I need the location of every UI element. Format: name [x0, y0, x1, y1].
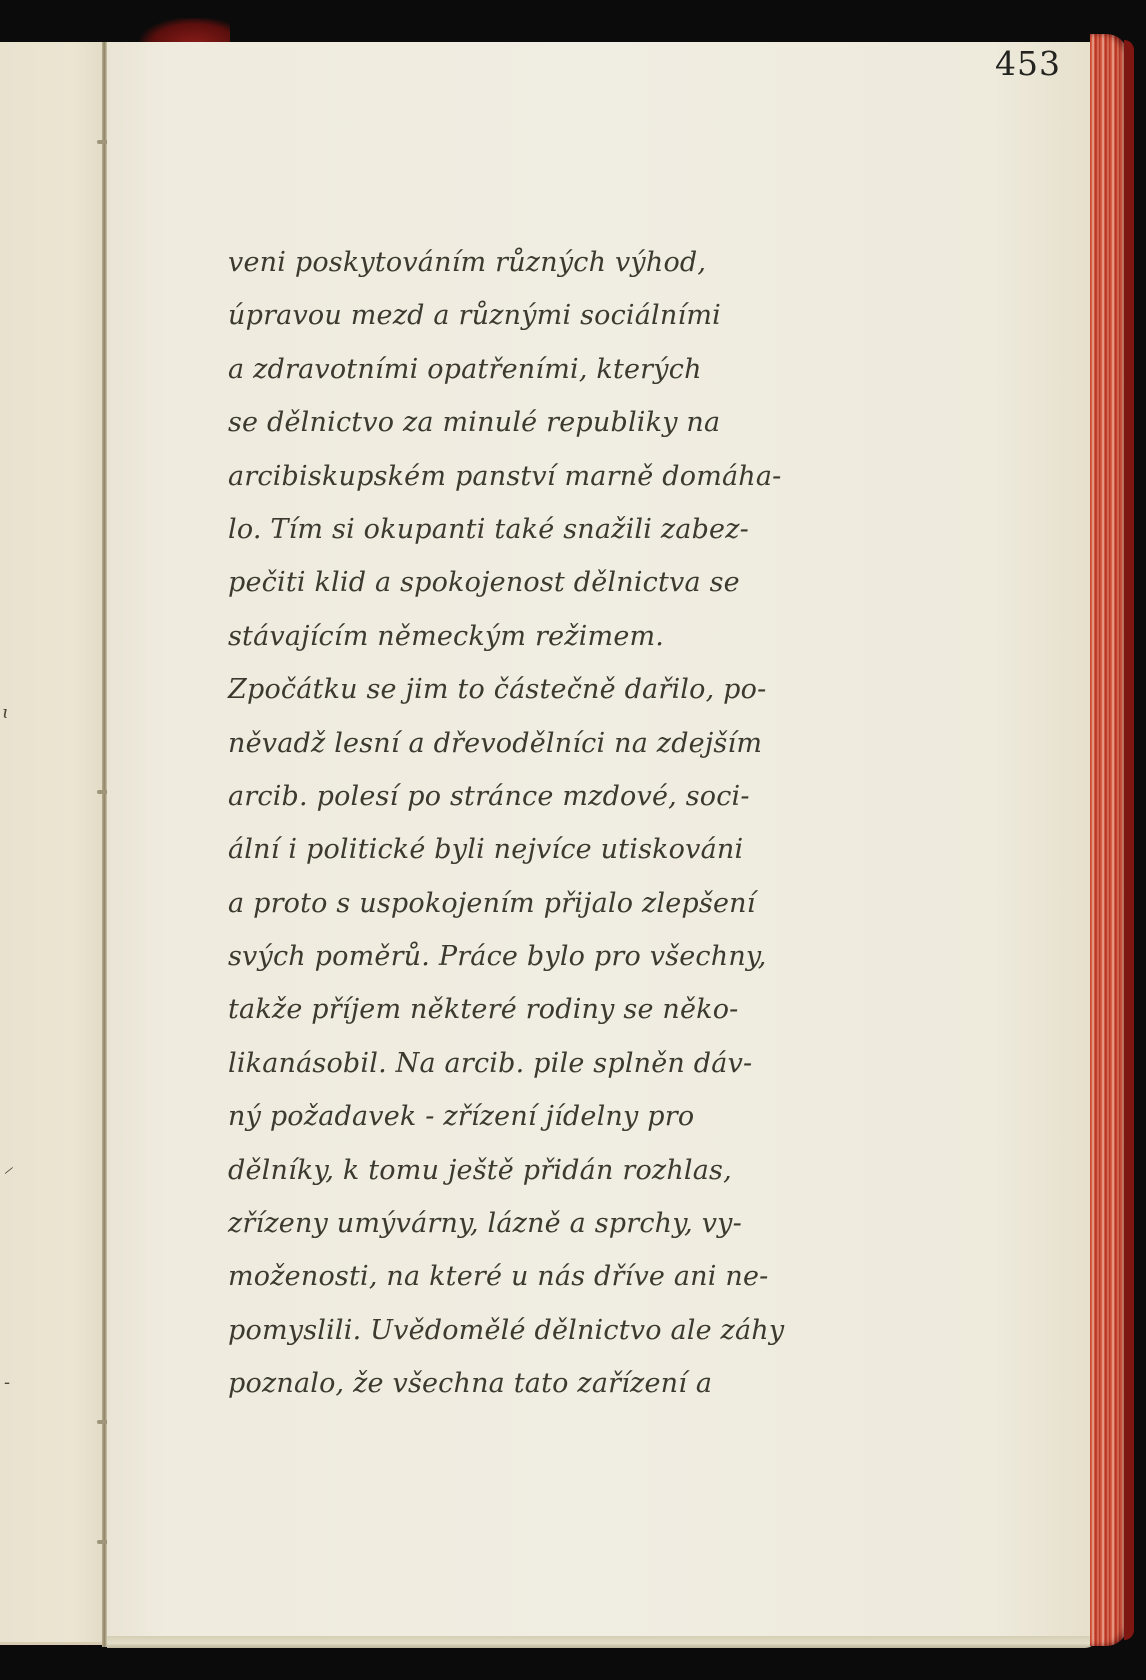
left-page-stray-mark: ɩ	[2, 702, 9, 723]
text-line: úpravou mezd a různými sociálními	[228, 289, 868, 342]
text-line: pomyslili. Uvědomělé dělnictvo ale záhy	[228, 1304, 868, 1357]
text-line: pečiti klid a spokojenost dělnictva se	[228, 556, 868, 609]
text-line: něvadž lesní a dřevodělníci na zdejším	[228, 717, 868, 770]
text-line: Zpočátku se jim to částečně dařilo, po-	[228, 663, 868, 716]
text-line: takže příjem některé rodiny se něko-	[228, 983, 868, 1036]
text-line: moženosti, na které u nás dříve ani ne-	[228, 1250, 868, 1303]
book-cover-edge	[1124, 40, 1134, 1640]
text-line: poznalo, že všechna tato zařízení a	[228, 1357, 868, 1410]
handwritten-text-block: veni poskytováním různých výhod, úpravou…	[228, 236, 868, 1411]
text-line: a proto s uspokojením přijalo zlepšení	[228, 877, 868, 930]
text-line: svých poměrů. Práce bylo pro všechny,	[228, 930, 868, 983]
page-bottom-edge	[107, 1636, 1097, 1648]
page-number: 453	[995, 44, 1061, 83]
text-line: lo. Tím si okupanti také snažili zabez-	[228, 503, 868, 556]
text-line: a zdravotními opatřeními, kterých	[228, 343, 868, 396]
text-line: arcib. polesí po stránce mzdové, soci-	[228, 770, 868, 823]
red-fore-edge	[1090, 34, 1128, 1646]
scanned-book-spread: ɩ ⸍ - 453 veni poskytováním různých výho…	[0, 0, 1146, 1680]
left-page-stray-mark: -	[4, 1372, 10, 1393]
text-line: zřízeny umývárny, lázně a sprchy, vy-	[228, 1197, 868, 1250]
text-line: veni poskytováním různých výhod,	[228, 236, 868, 289]
text-line: ný požadavek - zřízení jídelny pro	[228, 1090, 868, 1143]
left-page: ɩ ⸍ -	[0, 42, 104, 1645]
text-line: arcibiskupském panství marně domáha-	[228, 450, 868, 503]
text-line: ální i politické byli nejvíce utiskováni	[228, 823, 868, 876]
text-line: likanásobil. Na arcib. pile splněn dáv-	[228, 1037, 868, 1090]
text-line: se dělnictvo za minulé republiky na	[228, 396, 868, 449]
text-line: dělníky, k tomu ještě přidán rozhlas,	[228, 1144, 868, 1197]
left-page-stray-mark: ⸍	[2, 1162, 11, 1186]
text-line: stávajícím německým režimem.	[228, 610, 868, 663]
